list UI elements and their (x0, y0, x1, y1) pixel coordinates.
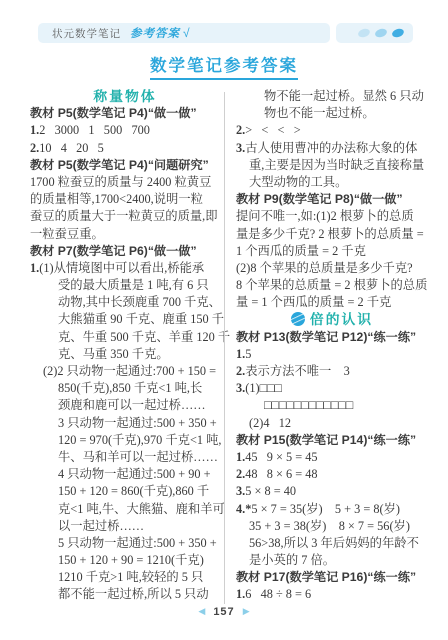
text-line: 8 个苹果的总质量 = 2 根萝卜的总质 (236, 277, 428, 294)
text-line: 150 + 120 + 90 = 1210(千克) (30, 552, 220, 569)
line-text: 克、牛重 500 千克、羊重 120 千 (58, 330, 230, 344)
text-line: 是小英的 7 倍。 (236, 552, 428, 569)
text-line: 物也不能一起过桥。 (236, 105, 428, 122)
text-line: 物不能一起过桥。显然 6 只动 (236, 88, 428, 105)
line-text: (1)□□□ (245, 381, 282, 395)
item-number: 4.* (236, 502, 251, 516)
line-text: > < < > (245, 123, 300, 137)
item-number: 3. (236, 141, 245, 155)
line-text: 10 4 20 5 (39, 141, 104, 155)
brand-name: 状元数学笔记 (52, 26, 121, 41)
line-text: 4 只动物一起通过:500 + 90 + (58, 467, 211, 481)
line-text: 35 + 3 = 38(岁) 8 × 7 = 56(岁) (249, 519, 410, 533)
line-text: 1210 千克>1 吨,较轻的 5 只 (58, 570, 203, 584)
line-text: 56>38,所以 3 年后妈妈的年龄不 (249, 536, 419, 550)
text-line: 850(千克),850 千克<1 吨,长 (30, 380, 220, 397)
text-line: 5 只动物一起通过:500 + 350 + (30, 535, 220, 552)
item-number: 2. (236, 364, 245, 378)
text-line: 120 = 970(千克),970 千克<1 吨, (30, 432, 220, 449)
line-text: 48 8 × 6 = 48 (245, 467, 317, 481)
text-line: 3 只动物一起通过:500 + 350 + (30, 415, 220, 432)
line-text: 受的最大质量是 1 吨,有 6 只 (58, 278, 209, 292)
text-line: 3.5 × 8 = 40 (236, 483, 428, 500)
line-text: 的质量相等,1700<2400,说明一粒 (30, 192, 203, 206)
text-line: 颈鹿和鹿可以一起过桥…… (30, 397, 220, 414)
line-text: 一粒蚕豆重。 (30, 227, 104, 241)
item-number: 1. (236, 450, 245, 464)
material-header: 教材 P7(数学笔记 P6)“做一做” (30, 243, 220, 260)
page-title: 数学笔记参考答案 (150, 52, 298, 80)
line-text: 5 × 8 = 40 (245, 484, 296, 498)
text-line: 量 = 1 个西瓜的质量 = 2 千克 (236, 294, 428, 311)
line-text: (2)2 只动物一起通过:700 + 150 = (43, 364, 216, 378)
text-line: 一粒蚕豆重。 (30, 226, 220, 243)
line-text: 1700 粒蚕豆的质量与 2400 粒黄豆 (30, 175, 211, 189)
line-text: 教材 P9(数学笔记 P8)“做一做” (236, 192, 403, 206)
text-line: 1.45 9 × 5 = 45 (236, 449, 428, 466)
checkmark-icon: √ (183, 26, 190, 40)
next-page-icon[interactable]: ▶ (243, 606, 250, 616)
line-text: 5 × 7 = 35(岁) 5 + 3 = 8(岁) (251, 502, 400, 516)
header-decoration-pill (336, 23, 413, 43)
text-line: 提问不唯一,如:(1)2 根萝卜的总质 (236, 208, 428, 225)
line-text: 重,主要是因为当时缺乏直接称量 (249, 158, 424, 172)
material-header: 教材 P5(数学笔记 P4)“做一做” (30, 105, 220, 122)
leaf-dot-icon (374, 27, 388, 38)
text-line: 1.5 (236, 346, 428, 363)
text-line: 35 + 3 = 38(岁) 8 × 7 = 56(岁) (236, 518, 428, 535)
line-text: 颈鹿和鹿可以一起过桥…… (58, 398, 206, 412)
text-line: 蚕豆的质量大于一粒黄豆的质量,即 (30, 208, 220, 225)
text-line: 1700 粒蚕豆的质量与 2400 粒黄豆 (30, 174, 220, 191)
line-text: 量是多少千克? 2 根萝卜的总质量 = (236, 227, 424, 241)
text-line: (2)4 12 (236, 415, 428, 432)
text-line: (2)8 个苹果的总质量是多少千克? (236, 260, 428, 277)
line-text: 古人使用曹冲的办法称大象的体 (245, 141, 417, 155)
text-line: 量是多少千克? 2 根萝卜的总质量 = (236, 226, 428, 243)
material-header: 教材 P15(数学笔记 P14)“练一练” (236, 432, 428, 449)
line-text: 教材 P5(数学笔记 P4)“做一做” (30, 106, 197, 120)
line-text: 1 个西瓜的质量 = 2 千克 (236, 244, 366, 258)
line-text: 物不能一起过桥。显然 6 只动 (264, 89, 424, 103)
material-header: 教材 P17(数学笔记 P16)“练一练” (236, 569, 428, 586)
line-text: (2)8 个苹果的总质量是多少千克? (236, 261, 413, 275)
text-line: 4 只动物一起通过:500 + 90 + (30, 466, 220, 483)
line-text: 教材 P17(数学笔记 P16)“练一练” (236, 570, 416, 584)
line-text: 5 只动物一起通过:500 + 350 + (58, 536, 217, 550)
header-brand-pill: 状元数学笔记 参考答案 √ (38, 23, 330, 43)
text-line: 1.6 48 ÷ 8 = 6 (236, 586, 428, 603)
text-line: 2.> < < > (236, 122, 428, 139)
line-text: 提问不唯一,如:(1)2 根萝卜的总质 (236, 209, 414, 223)
line-text: □□□□□□□□□□□□ (264, 398, 353, 412)
line-text: 是小英的 7 倍。 (249, 553, 335, 567)
line-text: 850(千克),850 千克<1 吨,长 (58, 381, 202, 395)
line-text: 150 + 120 = 860(千克),860 千 (58, 484, 209, 498)
line-text: 表示方法不唯一 3 (245, 364, 350, 378)
line-text: 以一起过桥…… (58, 519, 144, 533)
line-text: 克、马重 350 千克。 (58, 347, 169, 361)
line-text: 3 只动物一起通过:500 + 350 + (58, 416, 217, 430)
line-text: 牛、马和羊可以一起过桥…… (58, 450, 218, 464)
line-text: 倍的认识 (310, 312, 373, 327)
text-line: 牛、马和羊可以一起过桥…… (30, 449, 220, 466)
item-number: 1. (30, 261, 39, 275)
line-text: 物也不能一起过桥。 (264, 106, 375, 120)
item-number: 3. (236, 484, 245, 498)
item-number: 3. (236, 381, 245, 395)
answers-badge: 参考答案 (130, 25, 180, 41)
right-column: 物不能一起过桥。显然 6 只动物也不能一起过桥。2.> < < >3.古人使用曹… (236, 88, 428, 604)
text-line: 3.(1)□□□ (236, 380, 428, 397)
line-text: 教材 P7(数学笔记 P6)“做一做” (30, 244, 197, 258)
text-line: 1.(1)从情境图中可以看出,桥能承 (30, 260, 220, 277)
text-line: 以一起过桥…… (30, 518, 220, 535)
line-text: 45 9 × 5 = 45 (245, 450, 317, 464)
line-text: 教材 P15(数学笔记 P14)“练一练” (236, 433, 416, 447)
line-text: 动物,其中长颈鹿重 700 千克、 (58, 295, 221, 309)
text-line: 56>38,所以 3 年后妈妈的年龄不 (236, 535, 428, 552)
page-title-row: 数学笔记参考答案 (0, 52, 448, 80)
text-line: 的质量相等,1700<2400,说明一粒 (30, 191, 220, 208)
text-line: 4.*5 × 7 = 35(岁) 5 + 3 = 8(岁) (236, 501, 428, 518)
material-header: 教材 P13(数学笔记 P12)“练一练” (236, 329, 428, 346)
text-line: 受的最大质量是 1 吨,有 6 只 (30, 277, 220, 294)
line-text: 教材 P5(数学笔记 P4)“问题研究” (30, 158, 209, 172)
page-number: 157 (213, 606, 234, 618)
item-number: 1. (236, 347, 245, 361)
column-divider (224, 92, 225, 604)
line-text: 2 3000 1 500 700 (39, 123, 150, 137)
text-line: (2)2 只动物一起通过:700 + 150 = (30, 363, 220, 380)
text-line: □□□□□□□□□□□□ (236, 397, 428, 414)
material-header: 教材 P5(数学笔记 P4)“问题研究” (30, 157, 220, 174)
text-line: 重,主要是因为当时缺乏直接称量 (236, 157, 428, 174)
text-line: 克、牛重 500 千克、羊重 120 千 (30, 329, 220, 346)
item-number: 1. (30, 123, 39, 137)
leaf-dot-icon (357, 27, 371, 38)
line-text: 6 48 ÷ 8 = 6 (245, 587, 311, 601)
text-line: 2.表示方法不唯一 3 (236, 363, 428, 380)
answer-key-page: { "theme": { "accent": "#2aa6db", "teal"… (0, 0, 448, 640)
text-line: 1 个西瓜的质量 = 2 千克 (236, 243, 428, 260)
text-line: 2.10 4 20 5 (30, 140, 220, 157)
text-line: 150 + 120 = 860(千克),860 千 (30, 483, 220, 500)
line-text: (1)从情境图中可以看出,桥能承 (39, 261, 204, 275)
text-line: 大型动物的工具。 (236, 174, 428, 191)
item-number: 1. (236, 587, 245, 601)
line-text: 5 (245, 347, 251, 361)
text-line: 2.48 8 × 6 = 48 (236, 466, 428, 483)
text-line: 1210 千克>1 吨,较轻的 5 只 (30, 569, 220, 586)
line-text: 蚕豆的质量大于一粒黄豆的质量,即 (30, 209, 218, 223)
line-text: 量 = 1 个西瓜的质量 = 2 千克 (236, 295, 391, 309)
prev-page-icon[interactable]: ◀ (198, 606, 205, 616)
text-line: 克<1 吨,牛、大熊猫、鹿和羊可 (30, 501, 220, 518)
line-text: 称量物体 (93, 89, 156, 104)
yarn-ball-icon (291, 312, 305, 326)
section-title: 称量物体 (30, 88, 220, 105)
line-text: 8 个苹果的总质量 = 2 根萝卜的总质 (236, 278, 427, 292)
line-text: 150 + 120 + 90 = 1210(千克) (58, 553, 204, 567)
leaf-dot-icon (391, 27, 405, 38)
page-footer: ◀ 157 ▶ (0, 606, 448, 618)
line-text: 大熊猫重 90 千克、鹿重 150 千 (58, 312, 224, 326)
text-line: 克、马重 350 千克。 (30, 346, 220, 363)
line-text: 大型动物的工具。 (249, 175, 347, 189)
line-text: 都不能一起过桥,所以 5 只动 (58, 587, 209, 601)
item-number: 2. (30, 141, 39, 155)
text-line: 1.2 3000 1 500 700 (30, 122, 220, 139)
text-line: 都不能一起过桥,所以 5 只动 (30, 586, 220, 603)
line-text: (2)4 12 (249, 416, 291, 430)
line-text: 克<1 吨,牛、大熊猫、鹿和羊可 (58, 502, 225, 516)
item-number: 2. (236, 123, 245, 137)
text-line: 3.古人使用曹冲的办法称大象的体 (236, 140, 428, 157)
section-title: 倍的认识 (236, 311, 428, 328)
line-text: 120 = 970(千克),970 千克<1 吨, (58, 433, 221, 447)
text-line: 大熊猫重 90 千克、鹿重 150 千 (30, 311, 220, 328)
item-number: 2. (236, 467, 245, 481)
text-line: 动物,其中长颈鹿重 700 千克、 (30, 294, 220, 311)
line-text: 教材 P13(数学笔记 P12)“练一练” (236, 330, 416, 344)
left-column: 称量物体教材 P5(数学笔记 P4)“做一做”1.2 3000 1 500 70… (30, 88, 220, 604)
material-header: 教材 P9(数学笔记 P8)“做一做” (236, 191, 428, 208)
